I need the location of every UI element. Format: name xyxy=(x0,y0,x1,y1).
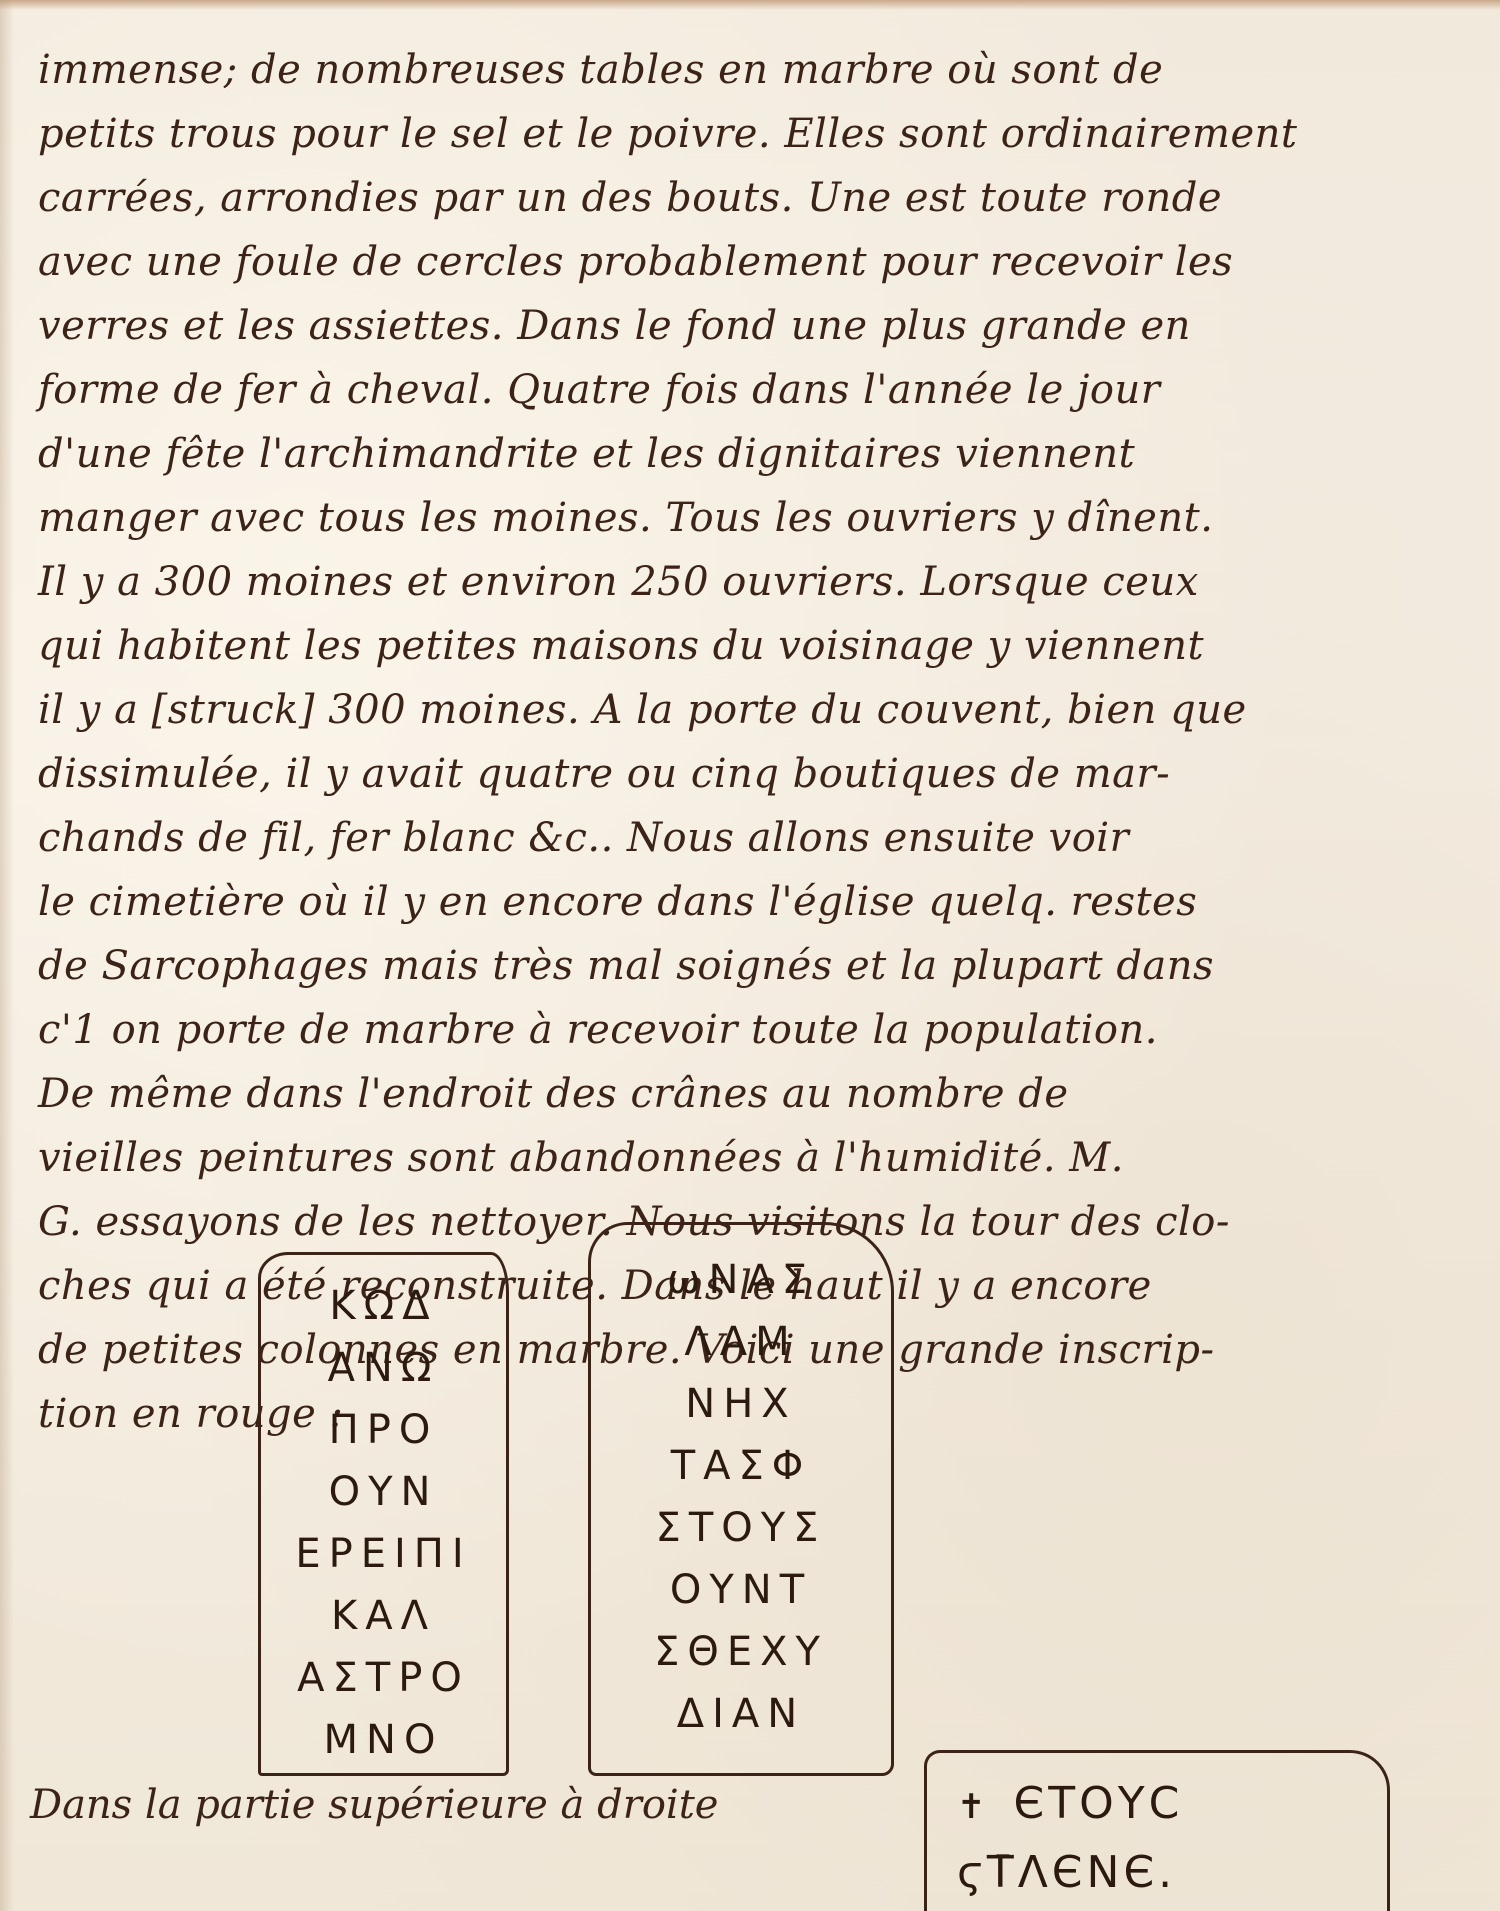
text-line: le cimetière où il y en encore dans l'ég… xyxy=(38,870,1468,934)
greek-line: ΔΙΑΝ xyxy=(591,1683,891,1745)
greek-line: ΑΝΩ xyxy=(261,1337,506,1399)
text-line: d'une fête l'archimandrite et les dignit… xyxy=(38,422,1468,486)
text-line: il y a [struck] 300 moines. A la porte d… xyxy=(38,678,1468,742)
text-line: De même dans l'endroit des crânes au nom… xyxy=(38,1062,1468,1126)
text-line: petits trous pour le sel et le poivre. E… xyxy=(38,102,1468,166)
text-line: de Sarcophages mais très mal soignés et … xyxy=(38,934,1468,998)
greek-line: ΣΤΟΥΣ xyxy=(591,1497,891,1559)
greek-line: ΝΗΧ xyxy=(591,1373,891,1435)
page-left-edge xyxy=(0,0,14,1911)
greek-line: ΠΡΟ xyxy=(261,1399,506,1461)
footer-caption: Dans la partie supérieure à droite xyxy=(30,1782,718,1828)
greek-line: ΜΝΟ xyxy=(261,1709,506,1771)
page-top-edge xyxy=(0,0,1500,10)
date-inscription-box: ✝ЄΤΟΥϹ ϛΤ̄ΛЄΝЄ. xyxy=(924,1750,1390,1911)
manuscript-page: immense; de nombreuses tables en marbre … xyxy=(0,0,1500,1911)
text-line: immense; de nombreuses tables en marbre … xyxy=(38,38,1468,102)
greek-line: ΟΥΝ xyxy=(261,1461,506,1523)
text-line: carrées, arrondies par un des bouts. Une… xyxy=(38,166,1468,230)
date-line-1: ЄΤΟΥϹ xyxy=(1014,1778,1184,1829)
greek-line: ΕΡΕΙΠΙ xyxy=(261,1523,506,1585)
greek-line: ΚΩΔ xyxy=(261,1275,506,1337)
text-line: qui habitent les petites maisons du vois… xyxy=(38,614,1468,678)
greek-line: ΛΑΜ xyxy=(591,1311,891,1373)
text-line: chands de fil, fer blanc &c.. Nous allon… xyxy=(38,806,1468,870)
greek-line: ωΝΑΣ xyxy=(591,1249,891,1311)
greek-line: ΤΑΣΦ xyxy=(591,1435,891,1497)
date-line-2: ϛΤ̄ΛЄΝЄ. xyxy=(957,1840,1183,1906)
text-line: dissimulée, il y avait quatre ou cinq bo… xyxy=(38,742,1468,806)
greek-line: ΟΥΝΤ xyxy=(591,1559,891,1621)
greek-line: ΣΘΕΧΥ xyxy=(591,1621,891,1683)
inscription-tablet-right: ωΝΑΣ ΛΑΜ ΝΗΧ ΤΑΣΦ ΣΤΟΥΣ ΟΥΝΤ ΣΘΕΧΥ ΔΙΑΝ xyxy=(588,1222,894,1776)
greek-line: ΚΑΛ xyxy=(261,1585,506,1647)
text-line: avec une foule de cercles probablement p… xyxy=(38,230,1468,294)
text-line: manger avec tous les moines. Tous les ou… xyxy=(38,486,1468,550)
text-line: c'1 on porte de marbre à recevoir toute … xyxy=(38,998,1468,1062)
text-line: verres et les assiettes. Dans le fond un… xyxy=(38,294,1468,358)
inscription-tablet-left: ΚΩΔ ΑΝΩ ΠΡΟ ΟΥΝ ΕΡΕΙΠΙ ΚΑΛ ΑΣΤΡΟ ΜΝΟ xyxy=(258,1252,509,1776)
text-line: forme de fer à cheval. Quatre fois dans … xyxy=(38,358,1468,422)
text-line: vieilles peintures sont abandonnées à l'… xyxy=(38,1126,1468,1190)
greek-line: ΑΣΤΡΟ xyxy=(261,1647,506,1709)
cross-icon: ✝ xyxy=(957,1787,990,1827)
text-line: Il y a 300 moines et environ 250 ouvrier… xyxy=(38,550,1468,614)
